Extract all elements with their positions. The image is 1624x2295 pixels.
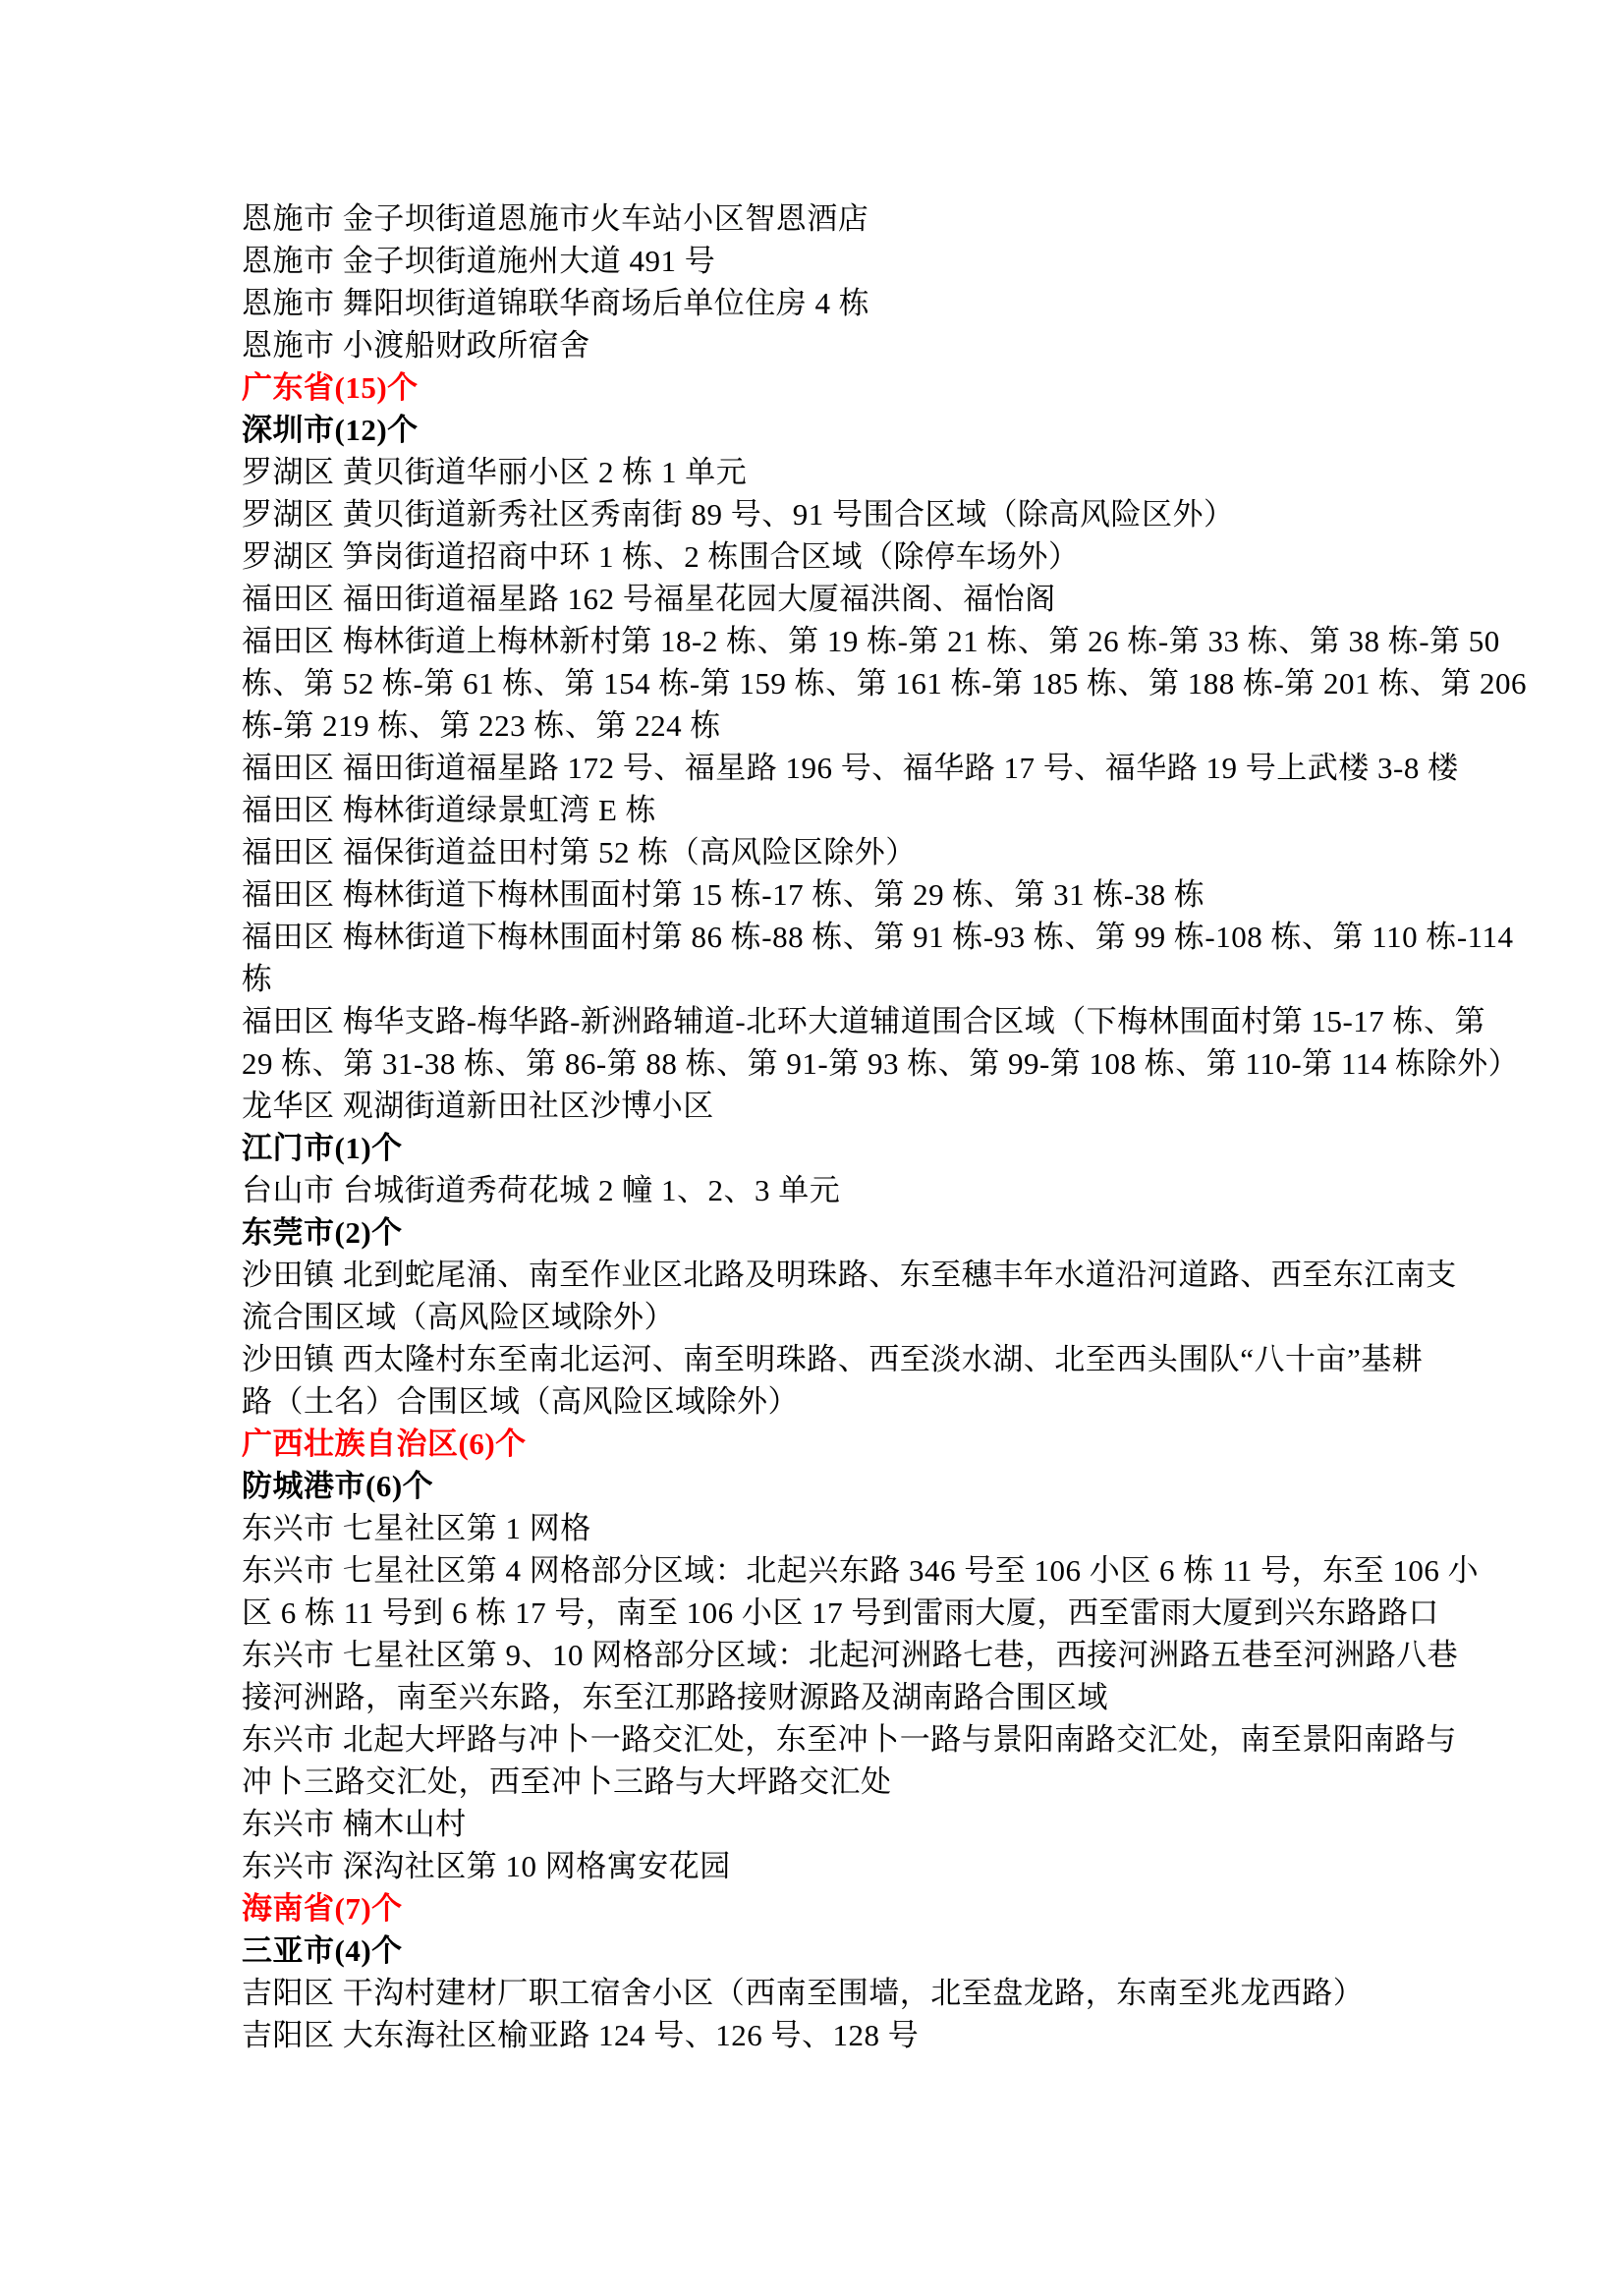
document-line: 福田区 福保街道益田村第 52 栋（高风险区除外） bbox=[242, 831, 1391, 873]
document-line: 流合围区域（高风险区域除外） bbox=[242, 1296, 1391, 1338]
document-line: 沙田镇 北到蛇尾涌、南至作业区北路及明珠路、东至穗丰年水道沿河道路、西至东江南支 bbox=[242, 1254, 1391, 1296]
document-page: 恩施市 金子坝街道恩施市火车站小区智恩酒店恩施市 金子坝街道施州大道 491 号… bbox=[0, 0, 1624, 2295]
document-line: 罗湖区 黄贝街道华丽小区 2 栋 1 单元 bbox=[242, 451, 1391, 493]
document-line: 栋、第 52 栋-第 61 栋、第 154 栋-第 159 栋、第 161 栋-… bbox=[242, 662, 1391, 704]
document-line: 东兴市 七星社区第 4 网格部分区域：北起兴东路 346 号至 106 小区 6… bbox=[242, 1549, 1391, 1592]
document-line: 东兴市 北起大坪路与冲卜一路交汇处，东至冲卜一路与景阳南路交汇处，南至景阳南路与 bbox=[242, 1718, 1391, 1761]
document-line: 福田区 梅林街道下梅林围面村第 86 栋-88 栋、第 91 栋-93 栋、第 … bbox=[242, 916, 1391, 958]
document-line: 栋 bbox=[242, 958, 1391, 1000]
city-header-line: 深圳市(12)个 bbox=[242, 409, 1391, 451]
document-line: 恩施市 舞阳坝街道锦联华商场后单位住房 4 栋 bbox=[242, 282, 1391, 324]
document-line: 东兴市 楠木山村 bbox=[242, 1803, 1391, 1845]
city-header-line: 江门市(1)个 bbox=[242, 1127, 1391, 1169]
province-header-line: 海南省(7)个 bbox=[242, 1887, 1391, 1930]
document-line: 吉阳区 干沟村建材厂职工宿舍小区（西南至围墙，北至盘龙路，东南至兆龙西路） bbox=[242, 1972, 1391, 2014]
document-line: 东兴市 深沟社区第 10 网格寓安花园 bbox=[242, 1845, 1391, 1887]
document-line: 福田区 梅林街道下梅林围面村第 15 栋-17 栋、第 29 栋、第 31 栋-… bbox=[242, 873, 1391, 916]
document-line: 东兴市 七星社区第 9、10 网格部分区域：北起河洲路七巷，西接河洲路五巷至河洲… bbox=[242, 1634, 1391, 1676]
document-line: 区 6 栋 11 号到 6 栋 17 号，南至 106 小区 17 号到雷雨大厦… bbox=[242, 1592, 1391, 1634]
document-line: 福田区 梅林街道绿景虹湾 E 栋 bbox=[242, 789, 1391, 831]
document-body: 恩施市 金子坝街道恩施市火车站小区智恩酒店恩施市 金子坝街道施州大道 491 号… bbox=[242, 197, 1391, 2056]
document-line: 福田区 福田街道福星路 162 号福星花园大厦福洪阁、福怡阁 bbox=[242, 578, 1391, 620]
document-line: 29 栋、第 31-38 栋、第 86-第 88 栋、第 91-第 93 栋、第… bbox=[242, 1042, 1391, 1085]
document-line: 恩施市 金子坝街道恩施市火车站小区智恩酒店 bbox=[242, 197, 1391, 240]
city-header-line: 防城港市(6)个 bbox=[242, 1465, 1391, 1507]
document-line: 福田区 福田街道福星路 172 号、福星路 196 号、福华路 17 号、福华路… bbox=[242, 747, 1391, 789]
document-line: 沙田镇 西太隆村东至南北运河、南至明珠路、西至淡水湖、北至西头围队“八十亩”基耕 bbox=[242, 1338, 1391, 1380]
document-line: 福田区 梅林街道上梅林新村第 18-2 栋、第 19 栋-第 21 栋、第 26… bbox=[242, 620, 1391, 662]
document-line: 罗湖区 黄贝街道新秀社区秀南街 89 号、91 号围合区域（除高风险区外） bbox=[242, 493, 1391, 535]
document-line: 接河洲路，南至兴东路，东至江那路接财源路及湖南路合围区域 bbox=[242, 1676, 1391, 1718]
document-line: 福田区 梅华支路-梅华路-新洲路辅道-北环大道辅道围合区域（下梅林围面村第 15… bbox=[242, 1000, 1391, 1042]
document-line: 恩施市 金子坝街道施州大道 491 号 bbox=[242, 240, 1391, 282]
document-line: 龙华区 观湖街道新田社区沙博小区 bbox=[242, 1085, 1391, 1127]
city-header-line: 三亚市(4)个 bbox=[242, 1930, 1391, 1972]
document-line: 罗湖区 笋岗街道招商中环 1 栋、2 栋围合区域（除停车场外） bbox=[242, 535, 1391, 578]
document-line: 栋-第 219 栋、第 223 栋、第 224 栋 bbox=[242, 704, 1391, 747]
city-header-line: 东莞市(2)个 bbox=[242, 1211, 1391, 1254]
province-header-line: 广西壮族自治区(6)个 bbox=[242, 1423, 1391, 1465]
document-line: 东兴市 七星社区第 1 网格 bbox=[242, 1507, 1391, 1549]
document-line: 吉阳区 大东海社区榆亚路 124 号、126 号、128 号 bbox=[242, 2014, 1391, 2056]
document-line: 冲卜三路交汇处，西至冲卜三路与大坪路交汇处 bbox=[242, 1761, 1391, 1803]
province-header-line: 广东省(15)个 bbox=[242, 366, 1391, 409]
document-line: 路（土名）合围区域（高风险区域除外） bbox=[242, 1380, 1391, 1423]
document-line: 台山市 台城街道秀荷花城 2 幢 1、2、3 单元 bbox=[242, 1169, 1391, 1211]
document-line: 恩施市 小渡船财政所宿舍 bbox=[242, 324, 1391, 366]
